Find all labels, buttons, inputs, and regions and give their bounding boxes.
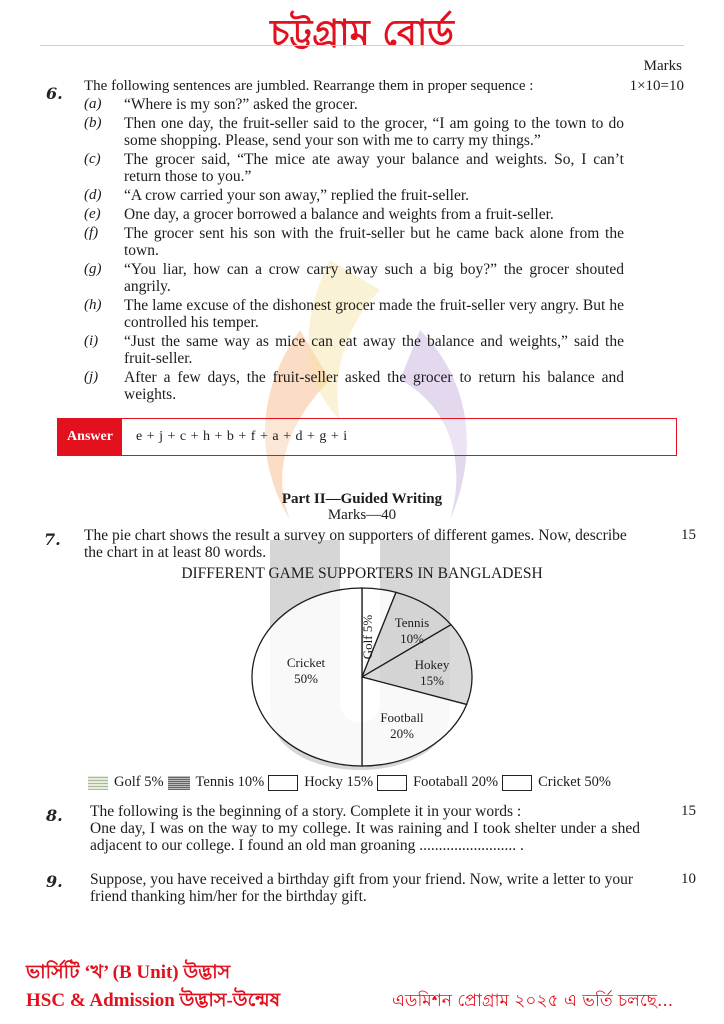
sentence-text: The lame excuse of the dishonest grocer … — [124, 297, 624, 331]
question-7-marks: 15 — [681, 527, 696, 544]
question-8-marks: 15 — [681, 803, 696, 820]
pie-label: Golf 5% — [360, 615, 375, 660]
sentence-text: The grocer sent his son with the fruit-s… — [124, 225, 624, 259]
question-9-text: Suppose, you have received a birthday gi… — [90, 871, 640, 905]
sentence-label: (e) — [84, 206, 124, 223]
legend-item: Hocky 15% — [268, 774, 373, 791]
legend-swatch — [502, 775, 532, 791]
question-9-marks: 10 — [681, 871, 696, 888]
footer-line-2: HSC & Admission উদ্ভাস-উন্মেষ — [26, 986, 280, 1018]
legend-item: Tennis 10% — [168, 774, 265, 791]
sentence-text: Then one day, the fruit-seller said to t… — [124, 115, 624, 149]
question-6-instruction: The following sentences are jumbled. Rea… — [84, 78, 533, 95]
board-title: চট্টগ্রাম বোর্ড — [0, 6, 724, 66]
pie-chart: Golf 5%Tennis10%Hokey15%Football20%Crick… — [250, 586, 474, 768]
sentence-text: One day, a grocer borrowed a balance and… — [124, 206, 624, 223]
legend-label: Footaball 20% — [413, 774, 498, 791]
sentence-item: (a)“Where is my son?” asked the grocer. — [84, 96, 624, 113]
question-7-number: 7. — [44, 530, 61, 549]
sentence-item: (c)The grocer said, “The mice ate away y… — [84, 151, 624, 185]
answer-box: Answer e + j + c + h + b + f + a + d + g… — [57, 418, 677, 456]
sentence-item: (e)One day, a grocer borrowed a balance … — [84, 206, 624, 223]
legend-label: Tennis 10% — [196, 774, 265, 791]
sentence-label: (a) — [84, 96, 124, 113]
sentence-label: (f) — [84, 225, 124, 259]
sentence-text: “You liar, how can a crow carry away suc… — [124, 261, 624, 295]
sentence-text: “Just the same way as mice can eat away … — [124, 333, 624, 367]
legend-label: Hocky 15% — [304, 774, 373, 791]
question-6-marks: 1×10=10 — [630, 78, 684, 95]
question-8: The following is the beginning of a stor… — [90, 803, 640, 854]
sentence-label: (b) — [84, 115, 124, 149]
legend-item: Footaball 20% — [377, 774, 498, 791]
legend-swatch — [377, 775, 407, 791]
question-8-intro: The following is the beginning of a stor… — [90, 803, 640, 820]
chart-legend: Golf 5%Tennis 10%Hocky 15%Footaball 20%C… — [88, 774, 615, 791]
answer-sequence: e + j + c + h + b + f + a + d + g + i — [122, 419, 348, 455]
question-8-text: One day, I was on the way to my college.… — [90, 820, 640, 854]
question-8-number: 8. — [46, 806, 63, 825]
legend-item: Cricket 50% — [502, 774, 611, 791]
legend-swatch — [168, 776, 190, 790]
sentence-label: (d) — [84, 187, 124, 204]
sentence-item: (f)The grocer sent his son with the frui… — [84, 225, 624, 259]
sentence-item: (j)After a few days, the fruit-seller as… — [84, 369, 624, 403]
question-7-text: The pie chart shows the result a survey … — [84, 527, 644, 561]
sentence-text: “Where is my son?” asked the grocer. — [124, 96, 624, 113]
sentence-item: (d)“A crow carried your son away,” repli… — [84, 187, 624, 204]
sentence-text: After a few days, the fruit-seller asked… — [124, 369, 624, 403]
question-9-number: 9. — [46, 872, 63, 891]
legend-label: Golf 5% — [114, 774, 164, 791]
legend-item: Golf 5% — [88, 774, 164, 791]
part-marks: Marks—40 — [0, 507, 724, 524]
sentence-label: (h) — [84, 297, 124, 331]
legend-swatch — [88, 776, 108, 790]
sentence-item: (h)The lame excuse of the dishonest groc… — [84, 297, 624, 331]
header-divider — [40, 45, 684, 46]
part-title: Part II—Guided Writing — [0, 491, 724, 508]
sentence-text: “A crow carried your son away,” replied … — [124, 187, 624, 204]
sentence-text: The grocer said, “The mice ate away your… — [124, 151, 624, 185]
legend-label: Cricket 50% — [538, 774, 611, 791]
sentence-label: (i) — [84, 333, 124, 367]
marks-column-header: Marks — [644, 58, 682, 75]
sentence-label: (j) — [84, 369, 124, 403]
sentence-item: (i)“Just the same way as mice can eat aw… — [84, 333, 624, 367]
jumbled-sentences-list: (a)“Where is my son?” asked the grocer.(… — [84, 96, 624, 405]
sentence-item: (b)Then one day, the fruit-seller said t… — [84, 115, 624, 149]
footer-admission-notice: এডমিশন প্রোগ্রাম ২০২৫ এ ভর্তি চলছে... — [392, 988, 673, 1016]
answer-label: Answer — [58, 419, 122, 455]
sentence-label: (g) — [84, 261, 124, 295]
chart-title: DIFFERENT GAME SUPPORTERS IN BANGLADESH — [0, 565, 724, 583]
legend-swatch — [268, 775, 298, 791]
sentence-item: (g)“You liar, how can a crow carry away … — [84, 261, 624, 295]
question-6-number: 6. — [46, 84, 63, 103]
sentence-label: (c) — [84, 151, 124, 185]
